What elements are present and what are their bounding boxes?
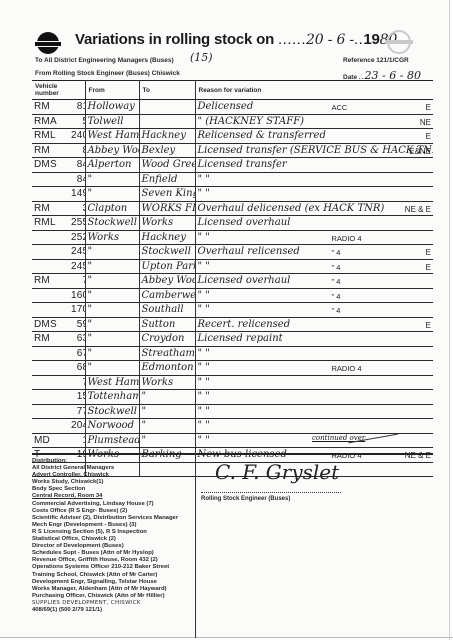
vehicle-fleet-number: 14 [64, 435, 85, 446]
table-row: 1709"Southall" "" 4 [32, 303, 433, 318]
year-printed: 19 [363, 31, 379, 48]
distribution-item: Works Manager, Aldenham (Attn of Mr Hayw… [32, 586, 178, 593]
from-cell: " [85, 274, 139, 289]
footer-divider [32, 453, 433, 455]
vehicle-fleet-number: 814 [64, 101, 85, 112]
table-row: 772Stockwell"" " [32, 404, 433, 419]
vehicle-fleet-number: 81 [64, 145, 85, 156]
reason-cell: " "" 4 [195, 288, 433, 303]
from-cell: " [85, 317, 139, 332]
vehicle-number-cell: 1498 [32, 187, 85, 202]
to-cell: Bexley [139, 143, 195, 158]
vehicle-fleet-number: 2455 [64, 261, 85, 272]
vehicle-number-cell: 1602 [32, 288, 85, 303]
from-cell: Works [85, 230, 139, 245]
reason-cell: " "RADIO 4 [195, 230, 433, 245]
column-header-from: From [85, 81, 139, 100]
reason-text: Licensed transfer [198, 159, 287, 170]
reason-cell: Relicensed & transferredE [195, 129, 433, 144]
engineering-mark: E [426, 248, 431, 257]
table-row: 2455"Upton Park" "" 4E [32, 259, 433, 274]
vehicle-fleet-number: 51 [64, 116, 85, 127]
vehicle-fleet-number: 70 [64, 275, 85, 286]
distribution-item: Operations Systems Officer 210-212 Baker… [32, 564, 178, 571]
distribution-item: Revenue Office, Griffith House, Room 432… [32, 557, 178, 564]
to-cell: Enfield [139, 172, 195, 187]
table-row: RMA51Tolwell" (HACKNEY STAFF)NE [32, 114, 433, 129]
table-row: 679"Streatham" " [32, 346, 433, 361]
to-cell: Southall [139, 303, 195, 318]
engineering-mark: E [426, 132, 431, 141]
table-body: RM814HollowayDelicensedACCERMA51Tolwell"… [32, 100, 433, 477]
radio-note: RADIO 4 [332, 234, 362, 243]
vehicle-number-cell: DMS843 [32, 158, 85, 173]
distribution-item: Body Spec Section [32, 486, 178, 493]
distribution-item: Works Study, Chiswick(1) [32, 479, 178, 486]
column-header-to: To [139, 81, 195, 100]
vehicle-fleet-number: 1709 [64, 304, 85, 315]
table-row: DMS843AlpertonWood GreenLicensed transfe… [32, 158, 433, 173]
vehicle-number-cell: 687 [32, 361, 85, 376]
table-row: 2528WorksHackney" "RADIO 4 [32, 230, 433, 245]
table-header: Vehicle number From To Reason for variat… [32, 81, 433, 100]
vehicle-number-cell: RM39 [32, 201, 85, 216]
to-line: To All District Engineering Managers (Bu… [35, 57, 174, 64]
distribution-list: Distribution:All District General Manage… [32, 458, 178, 614]
vehicle-fleet-number: 2551 [64, 217, 85, 228]
vehicle-number-cell: RM634 [32, 332, 85, 347]
engineering-mark: E [426, 321, 431, 330]
engineering-mark: NE [420, 118, 431, 127]
vehicle-class: RM [34, 101, 64, 112]
from-cell: West Ham [85, 129, 139, 144]
table-row: RM39ClaptonWORKS FLOATOverhaul delicense… [32, 201, 433, 216]
vehicle-fleet-number: 846 [64, 174, 85, 185]
table-row: RM634"CroydonLicensed repaint [32, 332, 433, 347]
radio-note: " 4 [332, 277, 341, 286]
from-cell: West Ham [85, 375, 139, 390]
sheet-number: (15) [190, 51, 213, 64]
from-cell: Stockwell [85, 216, 139, 231]
vehicle-class: RM [34, 145, 64, 156]
reason-text: " " [198, 362, 210, 373]
from-cell: Holloway [85, 100, 139, 115]
roundel-stamp-icon [387, 30, 411, 54]
engineering-mark: E [426, 263, 431, 272]
from-cell: Norwood [85, 419, 139, 434]
reason-cell: " " [195, 375, 433, 390]
reason-cell: " (HACKNEY STAFF)NE [195, 114, 433, 129]
reason-text: " " [198, 406, 210, 417]
distribution-item: Mech Engr (Development - Buses) (3) [32, 522, 178, 529]
vehicle-class: DMS [34, 319, 64, 330]
distribution-item: Central Record, Room 34 [32, 493, 178, 500]
reason-cell: Overhaul delicensed (ex HACK TNR)NE & E [195, 201, 433, 216]
reason-text: " " [198, 420, 210, 431]
reason-text: " " [198, 261, 210, 272]
vehicle-number-cell: RM814 [32, 100, 85, 115]
to-cell: " [139, 404, 195, 419]
reason-text: " " [198, 348, 210, 359]
reference: Reference 121/1/CGR [343, 57, 409, 64]
signature-label: Rolling Stock Engineer (Buses) [201, 496, 290, 502]
distribution-item: Advert Controller, Chiswick [32, 472, 178, 479]
reason-text: " (HACKNEY STAFF) [198, 116, 305, 127]
from-cell: " [85, 172, 139, 187]
to-cell: Sutton [139, 317, 195, 332]
engineering-mark: NE & E [405, 205, 431, 214]
london-transport-roundel-icon [35, 32, 61, 54]
distribution-item: Costs Office (R S Engr- Buses) (2) [32, 508, 178, 515]
table-row: 2042Norwood"" " [32, 419, 433, 434]
vehicle-number-cell: RMA51 [32, 114, 85, 129]
to-cell: Croydon [139, 332, 195, 347]
vehicle-number-cell: 679 [32, 346, 85, 361]
vehicle-fleet-number: 687 [64, 362, 85, 373]
reason-cell: Licensed transfer (SERVICE BUS & HACK TN… [195, 143, 433, 158]
vehicle-number-cell: RML2551 [32, 216, 85, 231]
reason-cell: DelicensedACCE [195, 100, 433, 115]
vehicle-class: RML [34, 130, 64, 141]
reason-text: Overhaul delicensed (ex HACK TNR) [198, 203, 385, 214]
to-cell: Works [139, 375, 195, 390]
reason-cell: Recert. relicensedE [195, 317, 433, 332]
reason-text: " " [198, 304, 210, 315]
variations-table: Vehicle number From To Reason for variat… [32, 80, 433, 477]
from-cell: " [85, 303, 139, 318]
to-cell: " [139, 433, 195, 448]
vehicle-class: RML [34, 217, 64, 228]
vehicle-fleet-number: 159 [64, 391, 85, 402]
table-row: DMS590"SuttonRecert. relicensedE [32, 317, 433, 332]
to-cell: Streatham [139, 346, 195, 361]
to-cell: Upton Park [139, 259, 195, 274]
from-cell: " [85, 346, 139, 361]
vehicle-fleet-number: 634 [64, 333, 85, 344]
distribution-heading: Distribution: [32, 458, 178, 465]
to-cell: Abbey Wood [139, 274, 195, 289]
reason-text: " " [198, 290, 210, 301]
from-cell: Tottenham [85, 390, 139, 405]
reason-text: Licensed transfer (SERVICE BUS & HACK TN… [198, 145, 434, 156]
column-header-reason: Reason for variation [195, 81, 433, 100]
page-edge [0, 637, 453, 638]
reason-cell: " " [195, 390, 433, 405]
from-cell: " [85, 259, 139, 274]
title-dots: .. [354, 31, 363, 48]
from-cell: Stockwell [85, 404, 139, 419]
reason-cell: " "RADIO 4 [195, 361, 433, 376]
reason-cell: Licensed overhaul [195, 216, 433, 231]
vehicle-fleet-number: 590 [64, 319, 85, 330]
vehicle-number-cell: 2042 [32, 419, 85, 434]
table-row: 687"Edmonton" "RADIO 4 [32, 361, 433, 376]
to-cell: Camberwell [139, 288, 195, 303]
reason-text: Overhaul relicensed [198, 246, 300, 257]
radio-note: " 4 [332, 263, 341, 272]
vehicle-class: RM [34, 275, 64, 286]
to-cell: Hackney [139, 230, 195, 245]
table-row: 1498"Seven Kings" " [32, 187, 433, 202]
from-line: From Rolling Stock Engineer (Buses) Chis… [35, 70, 180, 77]
reason-cell: " " [195, 419, 433, 434]
radio-note: " 4 [332, 306, 341, 315]
vehicle-fleet-number: 2528 [64, 232, 85, 243]
signature-line [201, 492, 341, 493]
table-row: RM81Abbey WoodBexleyLicensed transfer (S… [32, 143, 433, 158]
vehicle-fleet-number: 772 [64, 406, 85, 417]
vehicle-number-cell: 1709 [32, 303, 85, 318]
reason-cell: Licensed repaint [195, 332, 433, 347]
vehicle-fleet-number: 2407 [64, 130, 85, 141]
reason-cell: Licensed overhaul" 4 [195, 274, 433, 289]
reason-text: New bus licensed [198, 449, 287, 460]
reason-cell: " " [195, 404, 433, 419]
reason-text: " " [198, 232, 210, 243]
from-cell: " [85, 332, 139, 347]
from-cell: " [85, 361, 139, 376]
document-title: Variations in rolling stock on ......20 … [75, 31, 402, 48]
to-cell [139, 114, 195, 129]
table-row: 846"Enfield" " [32, 172, 433, 187]
distribution-item: R S Licensing Section (5), R S Inspectio… [32, 529, 178, 536]
radio-note: " 4 [332, 292, 341, 301]
distribution-item: Statistical Office, Chiswick (2) [32, 536, 178, 543]
table-row: 79West HamWorks" " [32, 375, 433, 390]
distribution-item: Development Engr, Signalling, Telstar Ho… [32, 579, 178, 586]
from-cell: Abbey Wood [85, 143, 139, 158]
vehicle-fleet-number: 2453 [64, 246, 85, 257]
radio-note: ACC [332, 103, 348, 112]
footer-column-divider [195, 453, 196, 638]
reason-cell: " " [195, 187, 433, 202]
table-row: RM814HollowayDelicensedACCE [32, 100, 433, 115]
from-cell: " [85, 288, 139, 303]
reason-text: Licensed overhaul [198, 217, 291, 228]
to-cell: Stockwell [139, 245, 195, 260]
to-cell: Works [139, 216, 195, 231]
vehicle-number-cell: 2528 [32, 230, 85, 245]
distribution-item: Purchasing Officer, Chiswick (Attn of Mr… [32, 593, 178, 600]
vehicle-number-cell: 2453 [32, 245, 85, 260]
table-row: RML2407West HamHackneyRelicensed & trans… [32, 129, 433, 144]
reason-text: Relicensed & transferred [198, 130, 326, 141]
reason-text: " " [198, 435, 210, 446]
distribution-item: SUPPLIES DEVELOPMENT, CHISWICK [32, 600, 178, 607]
radio-note: RADIO 4 [332, 364, 362, 373]
reason-text: " " [198, 377, 210, 388]
table-row: 1602"Camberwell" "" 4 [32, 288, 433, 303]
vehicle-number-cell: RM70 [32, 274, 85, 289]
vehicle-fleet-number: 39 [64, 203, 85, 214]
vehicle-class: DMS [34, 159, 64, 170]
reason-cell: " "" 4E [195, 259, 433, 274]
distribution-item: Commercial Advertising, Lindsay House (7… [32, 501, 178, 508]
column-header-vehicle: Vehicle number [32, 81, 85, 100]
reason-text: Licensed overhaul [198, 275, 291, 286]
vehicle-number-cell: 159 [32, 390, 85, 405]
table-row: RM70"Abbey WoodLicensed overhaul" 4 [32, 274, 433, 289]
title-dots: ...... [278, 31, 306, 48]
to-cell: " [139, 419, 195, 434]
title-text: Variations in rolling stock on [75, 31, 274, 48]
reason-text: " " [198, 174, 210, 185]
engineering-mark: E [426, 103, 431, 112]
from-cell: " [85, 245, 139, 260]
vehicle-number-cell: 846 [32, 172, 85, 187]
vehicle-number-cell: DMS590 [32, 317, 85, 332]
from-cell: Clapton [85, 201, 139, 216]
vehicle-fleet-number: 843 [64, 159, 85, 170]
reason-text: " " [198, 391, 210, 402]
reason-cell: Licensed transfer [195, 158, 433, 173]
to-cell: WORKS FLOAT [139, 201, 195, 216]
to-cell: " [139, 390, 195, 405]
engineering-mark: E&NE [409, 147, 431, 156]
distribution-item: Schedules Supt - Buses (Attn of Mr Hyslo… [32, 550, 178, 557]
vehicle-fleet-number: 1498 [64, 188, 85, 199]
from-cell: Alperton [85, 158, 139, 173]
vehicle-number-cell: 2455 [32, 259, 85, 274]
to-cell: Seven Kings [139, 187, 195, 202]
reason-cell: " "" 4 [195, 303, 433, 318]
table-row: 2453"StockwellOverhaul relicensed" 4E [32, 245, 433, 260]
reason-text: Recert. relicensed [198, 319, 291, 330]
reason-text: Licensed repaint [198, 333, 283, 344]
vehicle-fleet-number: 1602 [64, 290, 85, 301]
table-row: MD14Plumstead"" " [32, 433, 433, 448]
vehicle-class: RM [34, 203, 64, 214]
to-cell: Wood Green [139, 158, 195, 173]
reason-cell: " " [195, 172, 433, 187]
vehicle-number-cell: RML2407 [32, 129, 85, 144]
from-cell: Tolwell [85, 114, 139, 129]
vehicle-fleet-number: 679 [64, 348, 85, 359]
vehicle-number-cell: 772 [32, 404, 85, 419]
table-row: 159Tottenham"" " [32, 390, 433, 405]
distribution-item: Director of Development (Buses) [32, 543, 178, 550]
vehicle-number-cell: 79 [32, 375, 85, 390]
vehicle-fleet-number: 79 [64, 377, 85, 388]
table-row: RML2551StockwellWorksLicensed overhaul [32, 216, 433, 231]
distribution-item: Training School, Chiswick (Attn of Mr Ca… [32, 572, 178, 579]
vehicle-class: RMA [34, 116, 64, 127]
to-cell: Edmonton [139, 361, 195, 376]
vehicle-number-cell: RM81 [32, 143, 85, 158]
distribution-item: Scientific Adviser (2), Distribution Ser… [32, 515, 178, 522]
vehicle-class: RM [34, 333, 64, 344]
to-cell: Hackney [139, 129, 195, 144]
reason-cell: " " [195, 346, 433, 361]
handwritten-date: 20 - 6 - [306, 32, 354, 48]
from-cell: " [85, 187, 139, 202]
vehicle-number-cell: MD14 [32, 433, 85, 448]
signature: C. F. Gryslet [215, 460, 339, 484]
reason-text: Delicensed [198, 101, 254, 112]
from-cell: Plumstead [85, 433, 139, 448]
vehicle-class: MD [34, 435, 64, 446]
distribution-item: All District General Managers [32, 465, 178, 472]
page-edge [449, 0, 450, 640]
reason-text: " " [198, 188, 210, 199]
distribution-item: 408/69(1) (500 2/79 121/1) [32, 607, 178, 614]
to-cell [139, 100, 195, 115]
vehicle-fleet-number: 2042 [64, 420, 85, 431]
reason-cell: Overhaul relicensed" 4E [195, 245, 433, 260]
radio-note: " 4 [332, 248, 341, 257]
